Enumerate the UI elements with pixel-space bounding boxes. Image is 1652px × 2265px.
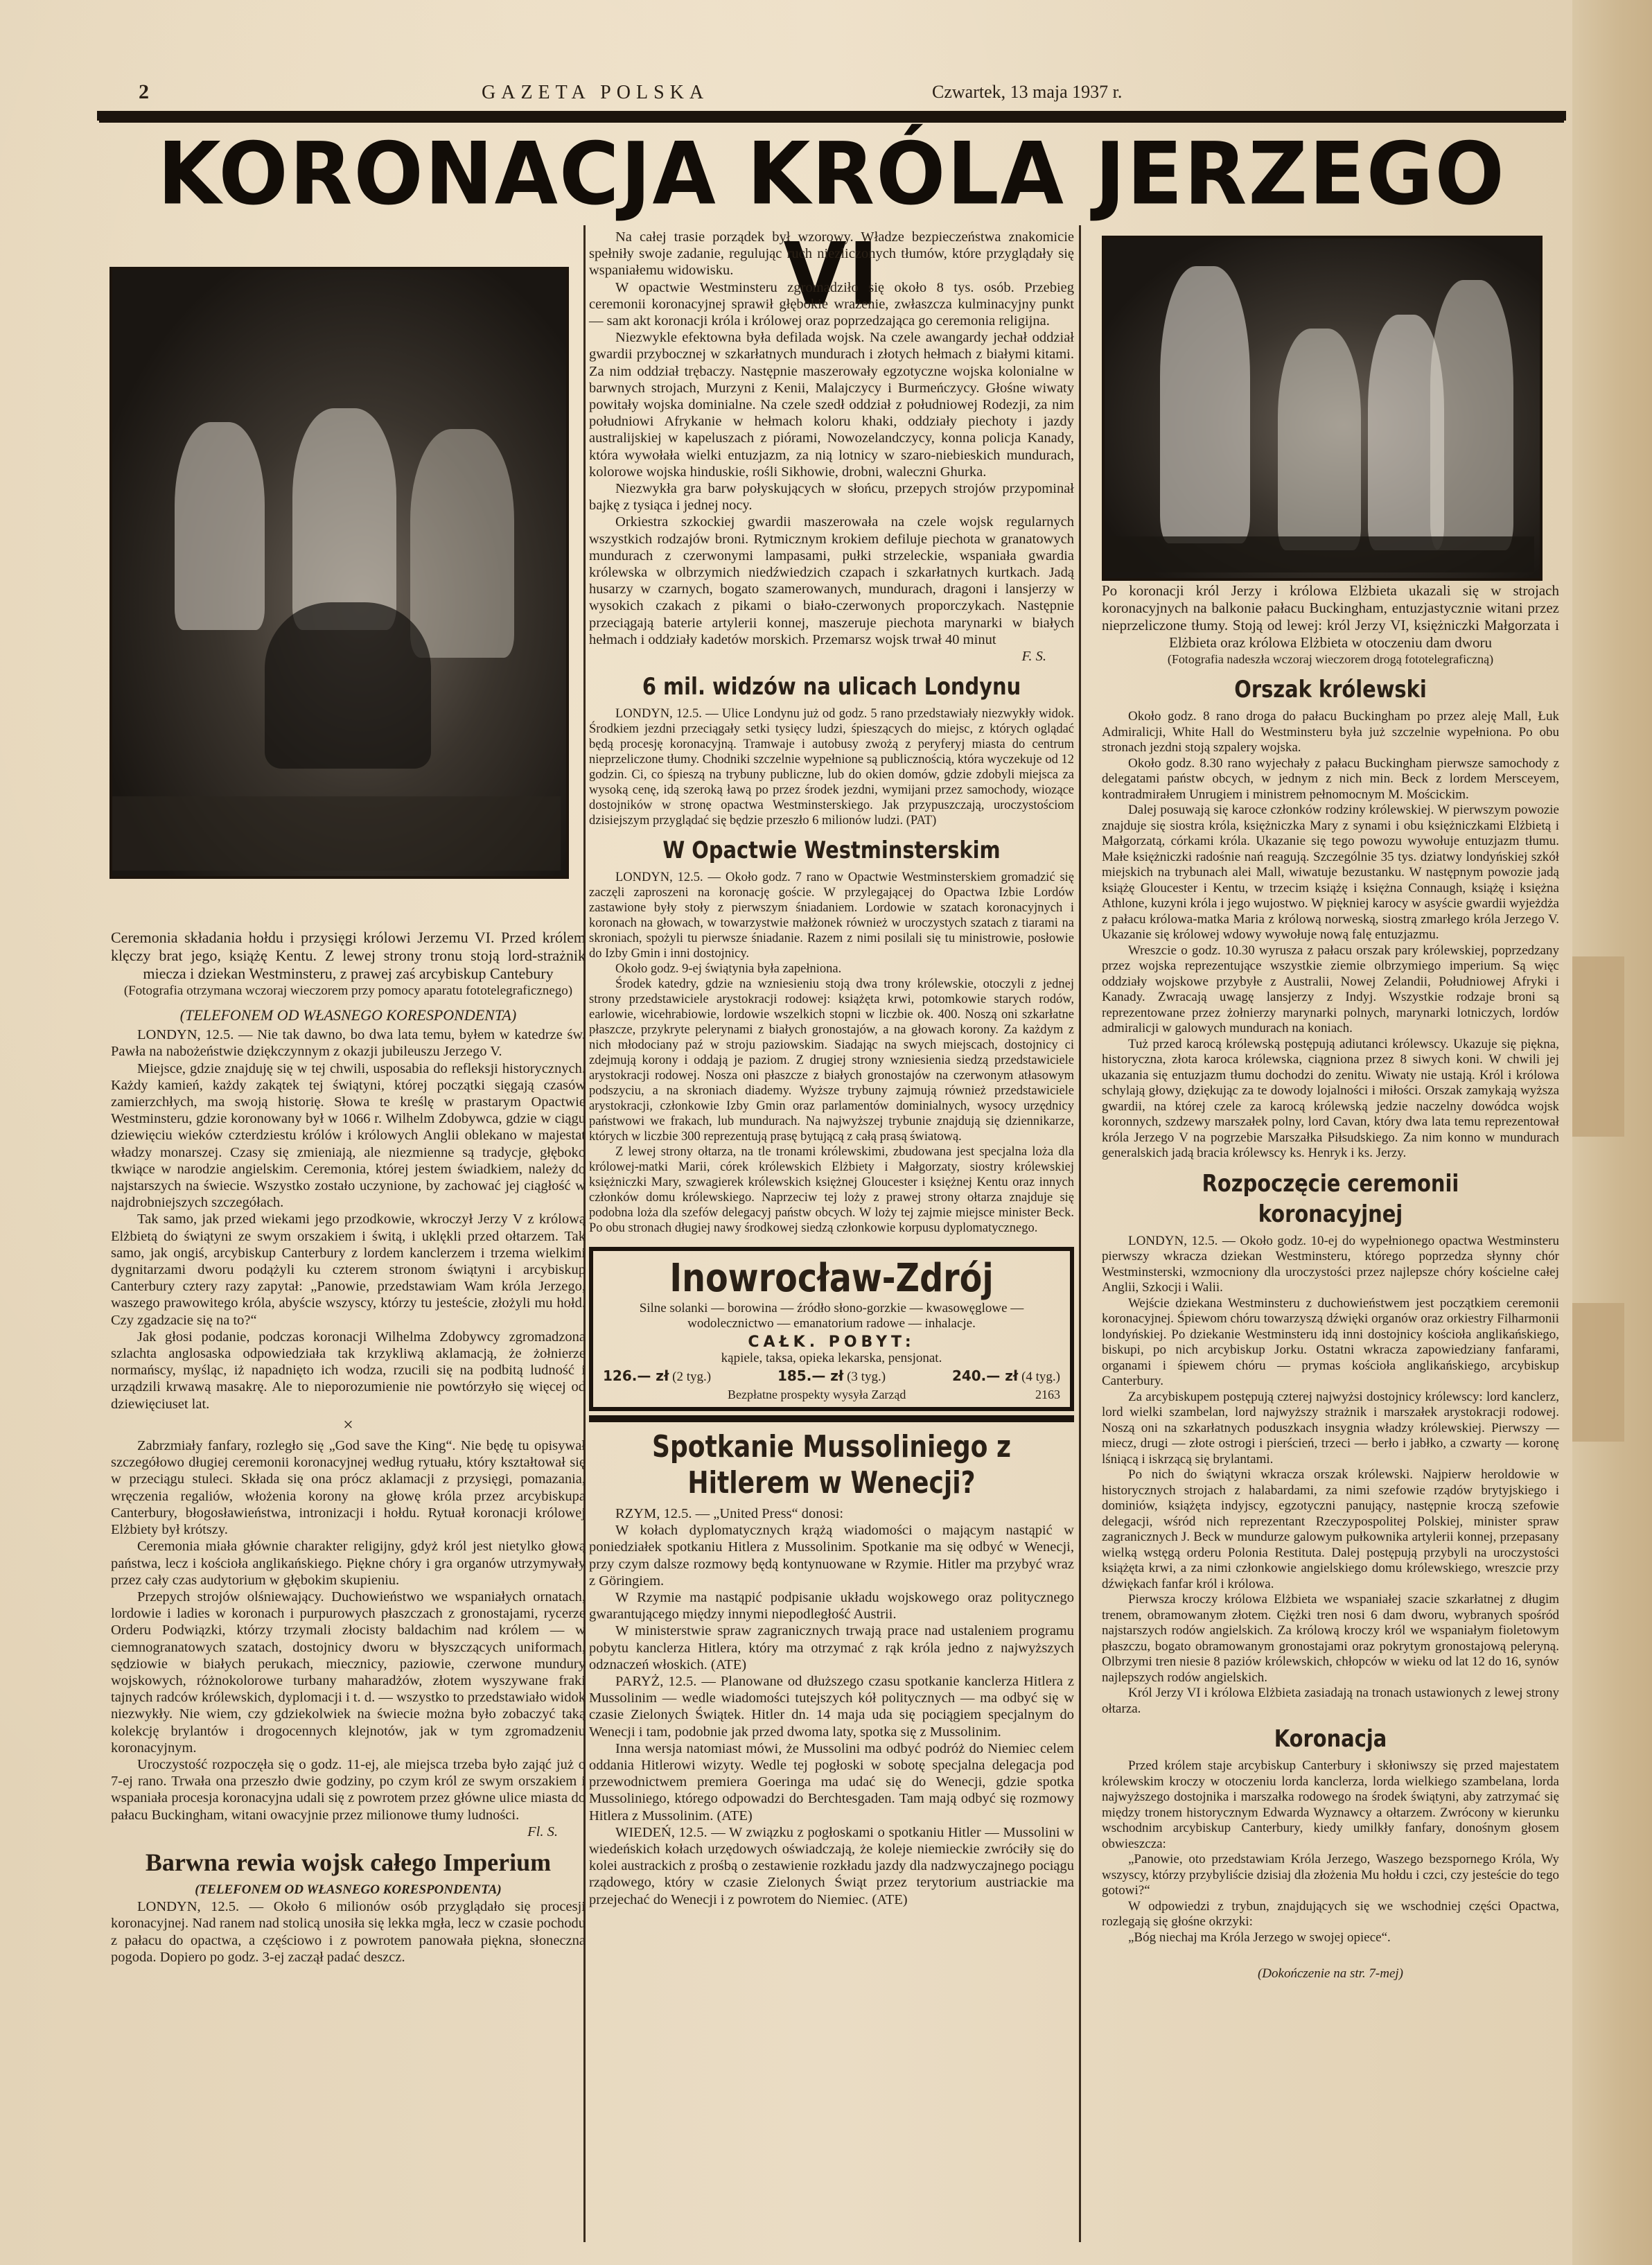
photo-caption: Ceremonia składania hołdu i przysięgi kr…	[111, 929, 586, 983]
photo-caption: Po koronacji król Jerzy i królowa Elżbie…	[1102, 582, 1559, 651]
paragraph: Około godz. 8.30 rano wyjechały z pałacu…	[1102, 756, 1559, 803]
paragraph: W odpowiedzi z trybun, znajdujących się …	[1102, 1899, 1559, 1930]
paragraph: Jak głosi podanie, podczas koronacji Wil…	[111, 1329, 586, 1413]
paragraph: RZYM, 12.5. — „United Press“ donosi:	[589, 1505, 1074, 1522]
ad-text: kąpiele, taksa, opieka lekarska, pensjon…	[603, 1351, 1060, 1366]
section-separator: ×	[111, 1417, 586, 1433]
article-title: 6 mil. widzów na ulicach Londynu	[626, 672, 1038, 702]
paragraph: Tuż przed karocą królewską postępują adi…	[1102, 1037, 1559, 1162]
ad-title: Inowrocław-Zdrój	[638, 1257, 1026, 1301]
column-divider	[1079, 225, 1081, 2242]
column-left: Ceremonia składania hołdu i przysięgi kr…	[111, 929, 586, 1966]
price-3-weeks: 185.— zł (3 tyg.)	[777, 1367, 886, 1385]
paragraph: LONDYN, 12.5. — Około godz. 10-ej do wyp…	[1102, 1234, 1559, 1296]
paragraph: Z lewej strony ołtarza, na tle tronami k…	[589, 1144, 1074, 1236]
paragraph: Za arcybiskupem postępują czterej najwyż…	[1102, 1390, 1559, 1468]
paragraph: Dalej posuwają się karoce członków rodzi…	[1102, 803, 1559, 943]
photo-source: (Fotografia nadeszła wczoraj wieczorem d…	[1102, 651, 1559, 667]
paragraph: PARYŻ, 12.5. — Planowane od dłuższego cz…	[589, 1673, 1074, 1740]
paragraph: Tak samo, jak przed wiekami jego przodko…	[111, 1211, 586, 1328]
paragraph: Król Jerzy VI i królowa Elżbieta zasiada…	[1102, 1686, 1559, 1717]
paragraph: „Bóg niechaj ma Króla Jerzego w swojej o…	[1102, 1930, 1559, 1946]
paragraph: WIEDEŃ, 12.5. — W związku z pogłoskami o…	[589, 1824, 1074, 1908]
ad-number: 2163	[1035, 1386, 1060, 1403]
ad-label: CAŁK. POBYT:	[603, 1334, 1060, 1351]
article-title: Koronacja	[1136, 1724, 1525, 1754]
paragraph: Uroczystość rozpoczęła się o godz. 11-ej…	[111, 1756, 586, 1824]
paragraph: LONDYN, 12.5. — Nie tak dawno, bo dwa la…	[111, 1026, 586, 1060]
continued-notice: (Dokończenie na str. 7-mej)	[1102, 1966, 1559, 1982]
issue-date: Czwartek, 13 maja 1937 r.	[932, 82, 1122, 103]
author-signature: Fl. S.	[111, 1824, 586, 1840]
article-title: Barwna rewia wojsk całego Imperium	[111, 1847, 586, 1878]
paragraph: Ceremonia miała głównie charakter religi…	[111, 1538, 586, 1589]
paragraph: W Rzymie ma nastąpić podpisanie układu w…	[589, 1589, 1074, 1623]
tape-mark	[1572, 1303, 1624, 1442]
article-title: Orszak królewski	[1136, 674, 1525, 705]
newspaper-page: 2 GAZETA POLSKA Czwartek, 13 maja 1937 r…	[0, 0, 1652, 2265]
paragraph: Inna wersja natomiast mówi, że Mussolini…	[589, 1740, 1074, 1824]
ad-bottom-bar	[589, 1415, 1074, 1422]
paper-name: GAZETA POLSKA	[482, 82, 709, 104]
author-signature: F. S.	[589, 648, 1074, 665]
dateline: (TELEFONEM OD WŁASNEGO KORESPONDENTA)	[111, 1007, 586, 1024]
column-middle: Na całej trasie porządek był wzorowy. Wł…	[589, 229, 1074, 1908]
header-rule	[97, 111, 1566, 121]
article-title: Rozpoczęcie ceremonii koronacyjnej	[1136, 1169, 1525, 1230]
article-title: W Opactwie Westminsterskim	[626, 835, 1038, 866]
paragraph: W ministerstwie spraw zagranicznych trwa…	[589, 1623, 1074, 1673]
ad-prices: 126.— zł (2 tyg.) 185.— zł (3 tyg.) 240.…	[603, 1367, 1060, 1385]
masthead-line: 2 GAZETA POLSKA Czwartek, 13 maja 1937 r…	[97, 78, 1566, 105]
ad-text: wodolecznictwo — emanatorium radowe — in…	[603, 1316, 1060, 1331]
tape-mark	[1572, 956, 1624, 1137]
paragraph: W opactwie Westminsteru zgromadziło się …	[589, 279, 1074, 330]
photo-coronation-homage	[109, 267, 569, 879]
paragraph: Orkiestra szkockiej gwardii maszerowała …	[589, 514, 1074, 648]
ad-text: Silne solanki — borowina — źródło słono-…	[603, 1301, 1060, 1316]
paragraph: Po nich do świątyni wkracza orszak króle…	[1102, 1467, 1559, 1592]
page-number: 2	[139, 80, 149, 104]
paragraph: Niezwykła gra barw połyskujących w słońc…	[589, 480, 1074, 514]
paragraph: Zabrzmiały fanfary, rozległo się „God sa…	[111, 1437, 586, 1538]
price-4-weeks: 240.— zł (4 tyg.)	[952, 1367, 1060, 1385]
paragraph: LONDYN, 12.5. — Ulice Londynu już od god…	[589, 706, 1074, 828]
paragraph: Niezwykle efektowna była defilada wojsk.…	[589, 329, 1074, 480]
dateline: (TELEFONEM OD WŁASNEGO KORESPONDENTA)	[111, 1882, 586, 1898]
paragraph: Wejście dziekana Westminsteru z duchowie…	[1102, 1296, 1559, 1390]
paragraph: W kołach dyplomatycznych krążą wiadomośc…	[589, 1522, 1074, 1589]
paragraph: Miejsce, gdzie znajduję się w tej chwili…	[111, 1060, 586, 1212]
ad-footer: Bezpłatne prospekty wysyła Zarząd 2163	[603, 1386, 1060, 1403]
paragraph: LONDYN, 12.5. — Około 6 milionów osób pr…	[111, 1898, 586, 1966]
paragraph: Środek katedry, gdzie na wzniesieniu sto…	[589, 977, 1074, 1144]
paragraph: Przed królem staje arcybiskup Canterbury…	[1102, 1758, 1559, 1852]
price-2-weeks: 126.— zł (2 tyg.)	[603, 1367, 711, 1385]
paragraph: Pierwsza kroczy królowa Elżbieta we wspa…	[1102, 1592, 1559, 1686]
paragraph: „Panowie, oto przedstawiam Króla Jerzego…	[1102, 1852, 1559, 1899]
advertisement-inowroclaw: Inowrocław-Zdrój Silne solanki — borowin…	[589, 1247, 1074, 1411]
paragraph: LONDYN, 12.5. — Około godz. 7 rano w Opa…	[589, 870, 1074, 961]
paragraph: Około godz. 9-ej świątynia była zapełnio…	[589, 961, 1074, 977]
column-right: Po koronacji król Jerzy i królowa Elżbie…	[1102, 582, 1559, 1982]
paragraph: Na całej trasie porządek był wzorowy. Wł…	[589, 229, 1074, 279]
paragraph: Około godz. 8 rano droga do pałacu Bucki…	[1102, 709, 1559, 756]
photo-source: (Fotografia otrzymana wczoraj wieczorem …	[111, 983, 586, 999]
ad-footer-text: Bezpłatne prospekty wysyła Zarząd	[728, 1386, 906, 1403]
paragraph: Przepych strojów olśniewający. Duchowień…	[111, 1589, 586, 1756]
article-title: Spotkanie Mussoliniego z Hitlerem w Wene…	[633, 1429, 1030, 1501]
paragraph: Wreszcie o godz. 10.30 wyrusza z pałacu …	[1102, 943, 1559, 1037]
photo-royal-balcony	[1102, 236, 1543, 581]
